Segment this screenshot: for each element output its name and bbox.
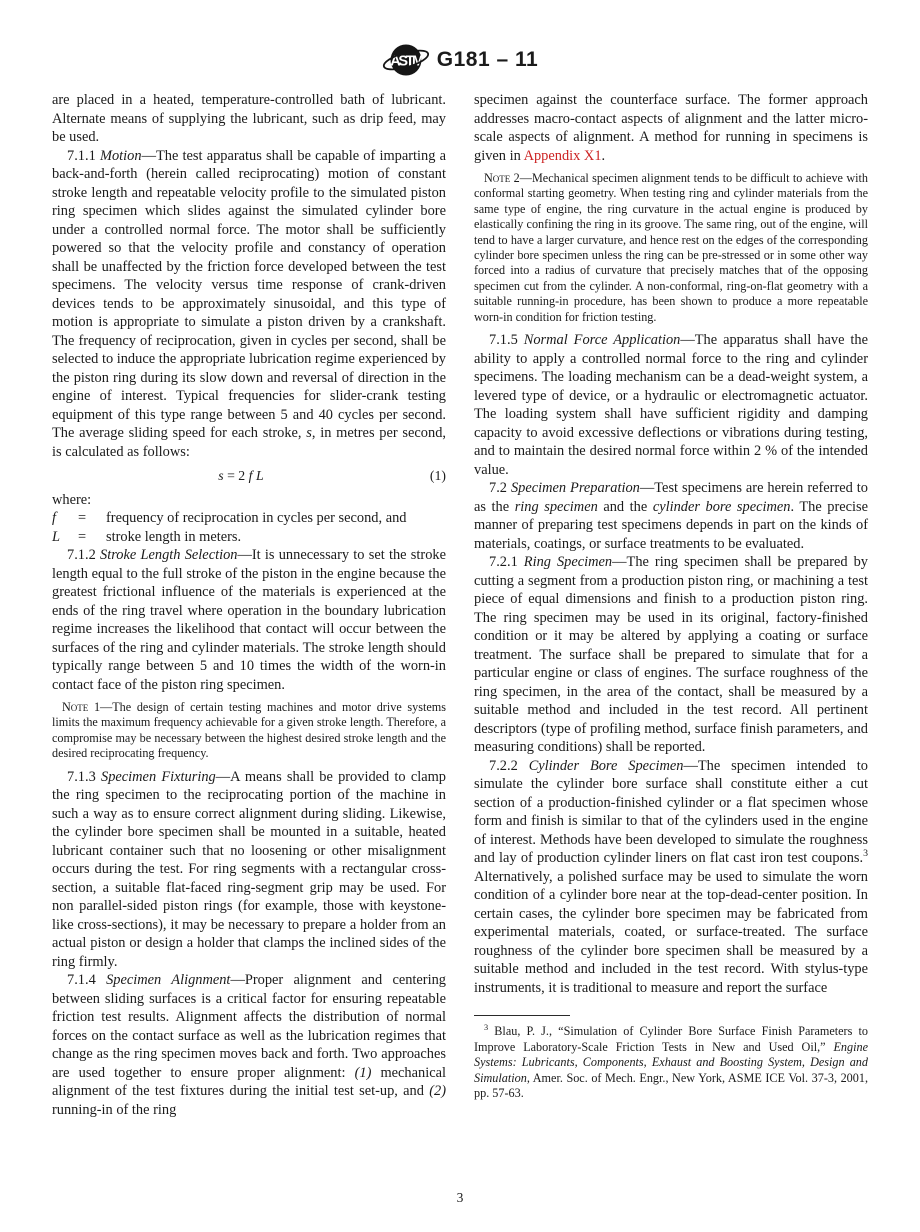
page-number: 3 [0,1190,920,1206]
equals-sign: = [78,509,106,528]
text-run: Motion [100,148,142,164]
para-7-1-2: 7.1.2 Stroke Length Selection—It is unne… [52,546,446,694]
para-continuation-left: are placed in a heated, temperature-cont… [52,91,446,147]
left-column: are placed in a heated, temperature-cont… [52,91,446,1119]
para-7-2-2: 7.2.2 Cylinder Bore Specimen—The specime… [474,757,868,998]
text-run: Note [484,171,510,185]
text-run: Normal Force Application [524,332,681,348]
text-run: Note [62,700,88,714]
text-run: 7.1.3 [67,769,101,785]
text-run: (1) [355,1065,372,1081]
text-run: are placed in a heated, temperature-cont… [52,92,446,145]
text-run: 7.1.5 [489,332,524,348]
text-run: L [256,468,264,483]
para-7-1-4: 7.1.4 Specimen Alignment—Proper alignmen… [52,971,446,1119]
text-run: 7.1.1 [67,148,100,164]
astm-logo-icon: ASTM [382,40,430,80]
text-run: 7.2 [489,480,511,496]
where-definition-row: L=stroke length in meters. [52,528,446,547]
note-1: Note 1—The design of certain testing mac… [52,700,446,762]
text-run: —The test apparatus shall be capable of … [52,148,446,442]
variable-definition: stroke length in meters. [106,528,446,547]
footnote-3: 3 Blau, P. J., “Simulation of Cylinder B… [474,1024,868,1102]
para-7-1-5: 7.1.5 Normal Force Application—The appar… [474,331,868,479]
text-run: 2—Mechanical specimen alignment tends to… [474,171,868,324]
text-run: 7.2.1 [489,554,524,570]
para-7-2: 7.2 Specimen Preparation—Test specimens … [474,479,868,553]
text-run: Alternatively, a polished surface may be… [474,869,868,996]
equation-1: s = 2 f L(1) [52,467,446,486]
equals-sign: = [78,528,106,547]
document-page: ASTM G181 – 11 are placed in a heated, t… [0,0,920,1232]
where-definition-row: f=frequency of reciprocation in cycles p… [52,509,446,528]
text-run: Cylinder Bore Specimen [529,758,684,774]
variable-symbol: f [52,509,78,528]
variable-symbol: L [52,528,78,547]
text-run: 7.2.2 [489,758,529,774]
text-run: —It is unnecessary to set the stroke len… [52,547,446,693]
text-run: Specimen Fixturing [101,769,216,785]
para-7-1-1: 7.1.1 Motion—The test apparatus shall be… [52,147,446,462]
text-run: 3 [863,848,868,859]
text-run: 7.1.4 [67,972,106,988]
footnote-separator-rule [474,1015,570,1016]
text-run: 1—The design of certain testing machines… [52,700,446,760]
text-run: —The apparatus shall have the ability to… [474,332,868,478]
text-run: running-in of the ring [52,1102,176,1118]
appendix-x1-link[interactable]: Appendix X1 [524,148,602,164]
para-continuation-right: specimen against the counterface surface… [474,91,868,165]
text-run: 7.1.2 [67,547,100,563]
where-label: where: [52,491,446,510]
text-run: f [249,468,253,483]
text-run: = 2 [224,468,249,483]
equation-number: (1) [430,467,446,486]
note-2: Note 2—Mechanical specimen alignment ten… [474,171,868,325]
para-7-2-1: 7.2.1 Ring Specimen—The ring specimen sh… [474,553,868,757]
text-run: Ring Specimen [524,554,612,570]
page-header: ASTM G181 – 11 [0,40,920,80]
right-column: specimen against the counterface surface… [474,91,868,1119]
text-run: —The ring specimen shall be prepared by … [474,554,868,755]
text-run: cylinder bore specimen [653,499,791,515]
text-run: and the [598,499,653,515]
text-run: , Amer. Soc. of Mech. Engr., New York, A… [474,1071,868,1101]
variable-definition: frequency of reciprocation in cycles per… [106,509,446,528]
text-run: Specimen Preparation [511,480,640,496]
two-column-body: are placed in a heated, temperature-cont… [52,91,868,1119]
text-run: (2) [429,1083,446,1099]
standard-designation: G181 – 11 [437,48,538,72]
para-7-1-3: 7.1.3 Specimen Fixturing—A means shall b… [52,768,446,972]
text-run: —A means shall be provided to clamp the … [52,769,446,970]
text-run: Blau, P. J., “Simulation of Cylinder Bor… [474,1024,868,1054]
text-run: Stroke Length Selection [100,547,237,563]
text-run: . [602,148,606,164]
equation-body: s = 2 f L [52,467,430,486]
text-run: Specimen Alignment [106,972,230,988]
text-run: ring specimen [515,499,598,515]
